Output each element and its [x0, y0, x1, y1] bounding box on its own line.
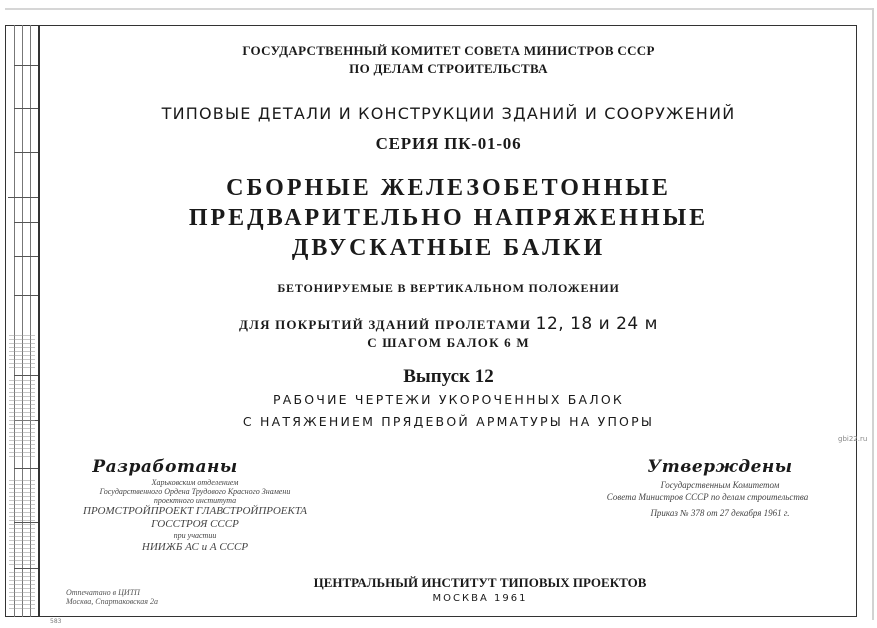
- stamp-row-line: [14, 152, 38, 153]
- approval-order: Приказ № 378 от 27 декабря 1961 г.: [610, 508, 830, 518]
- publisher-city-year: МОСКВА 1961: [200, 593, 760, 604]
- stamp-row-line: [14, 65, 38, 66]
- stamp-row-line: [14, 568, 38, 569]
- sheet-number: 583: [50, 618, 61, 625]
- developed-line: при участии: [55, 531, 335, 540]
- developed-line: проектного института: [55, 496, 335, 505]
- print-note-line-2: Москва, Спартаковская 2а: [66, 597, 158, 606]
- developed-institute: ПРОМСТРОЙПРОЕКТ ГЛАВСТРОЙПРОЕКТА: [55, 505, 335, 517]
- stamp-signature-scribble: [9, 572, 35, 612]
- stamp-row-line: [8, 197, 38, 198]
- stamp-signature-scribble: [9, 335, 35, 370]
- span-prefix: ДЛЯ ПОКРЫТИЙ ЗДАНИЙ ПРОЛЕТАМИ: [239, 317, 531, 332]
- developed-line: Государственного Ордена Трудового Красно…: [55, 487, 335, 496]
- committee-line-2: ПО ДЕЛАМ СТРОИТЕЛЬСТВА: [40, 61, 857, 77]
- issue-number: Выпуск 12: [40, 366, 857, 388]
- concreting-subtitle: БЕТОНИРУЕМЫЕ В ВЕРТИКАЛЬНОМ ПОЛОЖЕНИИ: [40, 281, 857, 296]
- developed-gosstroy: ГОССТРОЯ СССР: [55, 518, 335, 530]
- stamp-row-line: [14, 468, 38, 469]
- watermark: gbi22.ru: [838, 435, 867, 443]
- span-values: 12, 18 и 24 м: [536, 314, 658, 334]
- beam-step-line: С ШАГОМ БАЛОК 6 М: [40, 335, 857, 351]
- print-note-line-1: Отпечатано в ЦИТП: [66, 588, 158, 597]
- typical-details-heading: ТИПОВЫЕ ДЕТАЛИ И КОНСТРУКЦИИ ЗДАНИЙ И СО…: [40, 104, 857, 123]
- working-drawings-line-1: РАБОЧИЕ ЧЕРТЕЖИ УКОРОЧЕННЫХ БАЛОК: [40, 392, 857, 407]
- stamp-signature-scribble: [9, 480, 35, 565]
- outer-frame-top-line: [5, 8, 873, 10]
- stamp-row-line: [14, 256, 38, 257]
- span-line: ДЛЯ ПОКРЫТИЙ ЗДАНИЙ ПРОЛЕТАМИ 12, 18 и 2…: [40, 314, 857, 334]
- print-note: Отпечатано в ЦИТП Москва, Спартаковская …: [66, 588, 158, 606]
- stamp-row-line: [14, 295, 38, 296]
- main-title-line-1: СБОРНЫЕ ЖЕЛЕЗОБЕТОННЫЕ: [40, 175, 857, 202]
- working-drawings-line-2: С НАТЯЖЕНИЕМ ПРЯДЕВОЙ АРМАТУРЫ НА УПОРЫ: [40, 414, 857, 429]
- committee-line-1: ГОСУДАРСТВЕННЫЙ КОМИТЕТ СОВЕТА МИНИСТРОВ…: [40, 43, 857, 59]
- approved-line: Совета Министров СССР по делам строитель…: [575, 492, 840, 502]
- publisher-institute: ЦЕНТРАЛЬНЫЙ ИНСТИТУТ ТИПОВЫХ ПРОЕКТОВ: [200, 575, 760, 591]
- developed-heading: Разработаны: [40, 457, 290, 477]
- developed-participant: НИИЖБ АС и А СССР: [55, 541, 335, 553]
- outer-frame-right-line: [872, 8, 874, 620]
- developed-line: Харьковским отделением: [55, 478, 335, 487]
- approved-heading: Утверждены: [600, 457, 840, 477]
- approved-line: Государственным Комитетом: [590, 480, 850, 490]
- stamp-row-line: [14, 375, 38, 376]
- main-title-line-3: ДВУСКАТНЫЕ БАЛКИ: [40, 235, 857, 262]
- series-code: СЕРИЯ ПК-01-06: [40, 134, 857, 154]
- stamp-row-line: [14, 222, 38, 223]
- stamp-signature-scribble: [9, 380, 35, 460]
- main-title-line-2: ПРЕДВАРИТЕЛЬНО НАПРЯЖЕННЫЕ: [40, 205, 857, 232]
- stamp-row-line: [14, 108, 38, 109]
